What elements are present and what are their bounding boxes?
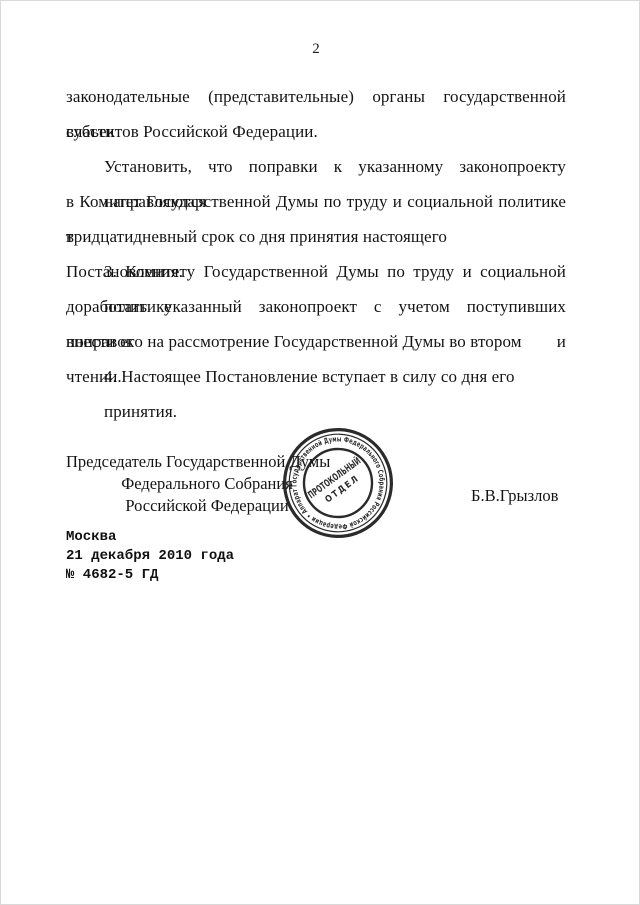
stamp-center-text: ПРОТОКОЛЬНЫЙ ОТДЕЛ: [305, 454, 370, 511]
body-line: тридцатидневный срок со дня принятия нас…: [66, 219, 566, 254]
stamp-inner-ring: [303, 448, 373, 518]
body-line: Установить, что поправки к указанному за…: [66, 149, 566, 184]
body-line: в Комитет Государственной Думы по труду …: [66, 184, 566, 219]
stamp-outer-ring: [283, 428, 393, 538]
footer-city: Москва: [66, 528, 234, 547]
footer-date: 21 декабря 2010 года: [66, 547, 234, 566]
body-line: 4. Настоящее Постановление вступает в си…: [66, 359, 566, 394]
signatory-name: Б.В.Грызлов: [471, 485, 558, 507]
page-number: 2: [66, 41, 566, 58]
footer-block: Москва 21 декабря 2010 года № 4682-5 ГД: [66, 528, 234, 585]
body-line: внести его на рассмотрение Государственн…: [66, 324, 566, 359]
stamp-second-ring: [288, 433, 389, 534]
body-line: доработать указанный законопроект с учет…: [66, 289, 566, 324]
body-line: субъектов Российской Федерации.: [66, 114, 566, 149]
protocol-department-stamp-icon: Аппарат Государственной Думы Федеральног…: [280, 425, 396, 541]
document-body-text: законодательные (представительные) орган…: [66, 79, 566, 394]
body-line: 3. Комитету Государственной Думы по труд…: [66, 254, 566, 289]
document-page: 2 законодательные (представительные) орг…: [0, 0, 640, 905]
footer-doc-number: № 4682-5 ГД: [66, 566, 234, 585]
body-line: законодательные (представительные) орган…: [66, 79, 566, 114]
